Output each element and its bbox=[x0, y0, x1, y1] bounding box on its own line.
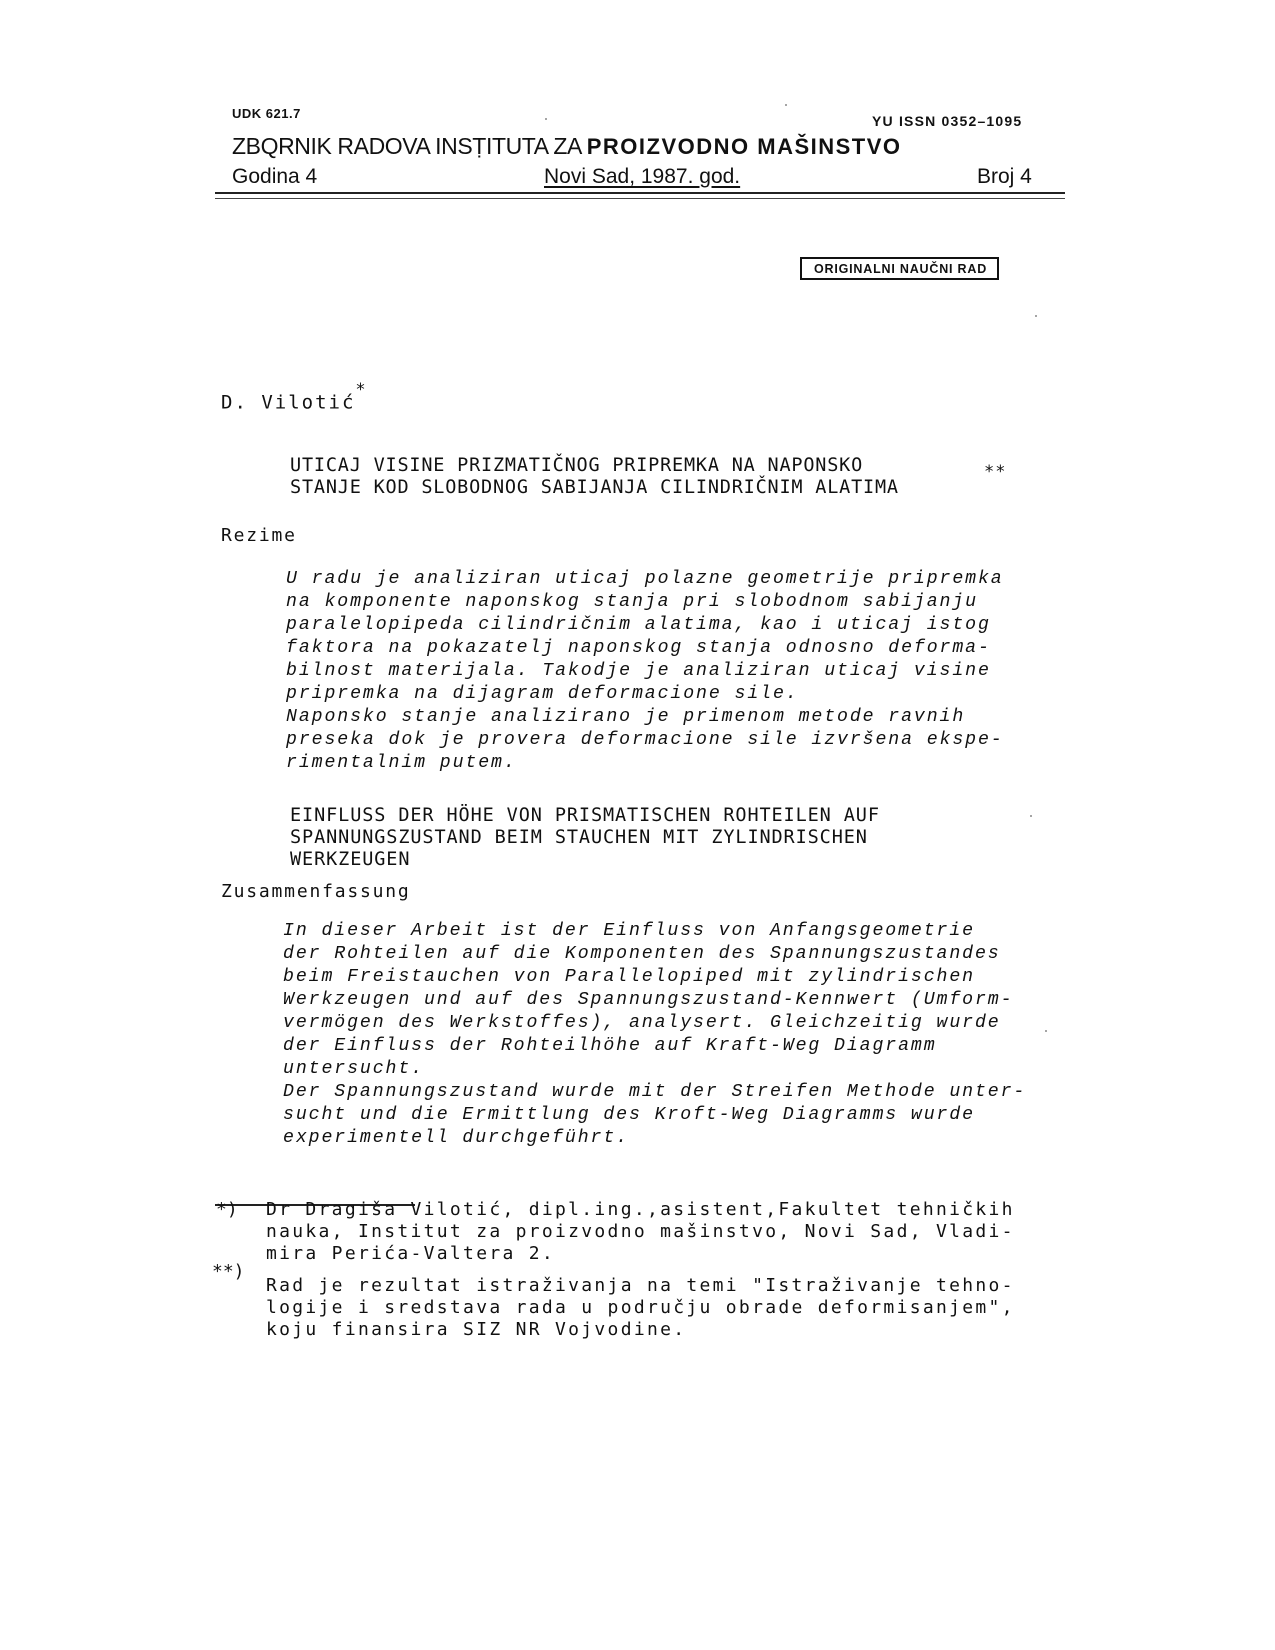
footnote-line: Dr Dragiša Vilotić, dipl.ing.,asistent,F… bbox=[266, 1199, 1015, 1221]
abstract-line: Naponsko stanje analizirano je primenom … bbox=[286, 706, 1004, 729]
abstract-line: na komponente naponskog stanja pri slobo… bbox=[286, 591, 1004, 614]
title-footnote-mark: ** bbox=[984, 461, 1006, 483]
abstract-line: preseka dok je provera deformacione sile… bbox=[286, 729, 1004, 752]
title-line: WERKZEUGEN bbox=[290, 849, 880, 871]
zusammenfassung-heading: Zusammenfassung bbox=[221, 881, 411, 902]
place-year: Novi Sad, 1987. god. bbox=[544, 165, 740, 189]
journal-title-regular: ZBQRNIK RADOVA INSṬITUTA ZA bbox=[232, 133, 587, 159]
footnote-mark: **) bbox=[212, 1261, 245, 1282]
title-line: UTICAJ VISINE PRIZMATIČNOG PRIPREMKA NA … bbox=[290, 455, 899, 477]
header-rule bbox=[215, 192, 1065, 194]
abstract-line: Werkzeugen und auf des Spannungszustand-… bbox=[283, 989, 1026, 1012]
footnote-line: nauka, Institut za proizvodno mašinstvo,… bbox=[266, 1221, 1015, 1243]
author-name: D. Vilotić bbox=[221, 391, 355, 413]
scan-speck bbox=[1045, 1030, 1047, 1032]
title-line: STANJE KOD SLOBODNOG SABIJANJA CILINDRIČ… bbox=[290, 477, 899, 499]
abstract-line: experimentell durchgeführt. bbox=[283, 1127, 1026, 1150]
abstract-line: rimentalnim putem. bbox=[286, 752, 1004, 775]
title-line: EINFLUSS DER HÖHE VON PRISMATISCHEN ROHT… bbox=[290, 805, 880, 827]
journal-title-bold: PROIZVODNO MAŠINSTVO bbox=[587, 134, 902, 159]
issue-number: Broj 4 bbox=[977, 165, 1032, 189]
footnote-author: Dr Dragiša Vilotić, dipl.ing.,asistent,F… bbox=[266, 1199, 1015, 1265]
abstract-line: untersucht. bbox=[283, 1058, 1026, 1081]
abstract-serbian: U radu je analiziran uticaj polazne geom… bbox=[286, 568, 1004, 775]
issn: YU ISSN 0352–1095 bbox=[872, 113, 1022, 129]
abstract-line: U radu je analiziran uticaj polazne geom… bbox=[286, 568, 1004, 591]
journal-title: ZBQRNIK RADOVA INSṬITUTA ZA PROIZVODNO M… bbox=[232, 133, 902, 160]
abstract-german: In dieser Arbeit ist der Einfluss von An… bbox=[283, 920, 1026, 1150]
journal-info-row: Godina 4 Novi Sad, 1987. god. Broj 4 bbox=[232, 165, 1052, 193]
footnote-mark: *) bbox=[216, 1199, 238, 1220]
abstract-line: pripremka na dijagram deformacione sile. bbox=[286, 683, 1004, 706]
footnote-line: logije i sredstava rada u području obrad… bbox=[266, 1297, 1015, 1319]
volume: Godina 4 bbox=[232, 165, 317, 189]
abstract-line: faktora na pokazatelj naponskog stanja o… bbox=[286, 637, 1004, 660]
abstract-line: In dieser Arbeit ist der Einfluss von An… bbox=[283, 920, 1026, 943]
author-footnote-mark: * bbox=[355, 380, 367, 400]
scan-speck bbox=[1030, 815, 1032, 817]
abstract-line: beim Freistauchen von Parallelopiped mit… bbox=[283, 966, 1026, 989]
article-type-badge: ORIGINALNI NAUČNI RAD bbox=[800, 257, 999, 280]
abstract-line: sucht und die Ermittlung des Kroft-Weg D… bbox=[283, 1104, 1026, 1127]
abstract-line: Der Spannungszustand wurde mit der Strei… bbox=[283, 1081, 1026, 1104]
abstract-line: der Rohteilen auf die Komponenten des Sp… bbox=[283, 943, 1026, 966]
footnote-line: Rad je rezultat istraživanja na temi "Is… bbox=[266, 1275, 1015, 1297]
scan-speck bbox=[1035, 315, 1037, 317]
abstract-line: vermögen des Werkstoffes), analysert. Gl… bbox=[283, 1012, 1026, 1035]
footnote-funding: Rad je rezultat istraživanja na temi "Is… bbox=[266, 1275, 1015, 1341]
header-rule-thin bbox=[215, 198, 1065, 199]
footnote-line: mira Perića-Valtera 2. bbox=[266, 1243, 1015, 1265]
rezime-heading: Rezime bbox=[221, 525, 297, 546]
abstract-line: der Einfluss der Rohteilhöhe auf Kraft-W… bbox=[283, 1035, 1026, 1058]
title-german: EINFLUSS DER HÖHE VON PRISMATISCHEN ROHT… bbox=[290, 805, 880, 871]
title-line: SPANNUNGSZUSTAND BEIM STAUCHEN MIT ZYLIN… bbox=[290, 827, 880, 849]
scan-speck bbox=[785, 104, 787, 106]
abstract-line: bilnost materijala. Takodje je analizira… bbox=[286, 660, 1004, 683]
udk-code: UDK 621.7 bbox=[232, 106, 301, 121]
scan-speck bbox=[545, 118, 547, 120]
footnote-line: koju finansira SIZ NR Vojvodine. bbox=[266, 1319, 1015, 1341]
author: D. Vilotić* bbox=[221, 386, 368, 413]
title-serbian: UTICAJ VISINE PRIZMATIČNOG PRIPREMKA NA … bbox=[290, 455, 899, 499]
abstract-line: paralelopipeda cilindričnim alatima, kao… bbox=[286, 614, 1004, 637]
